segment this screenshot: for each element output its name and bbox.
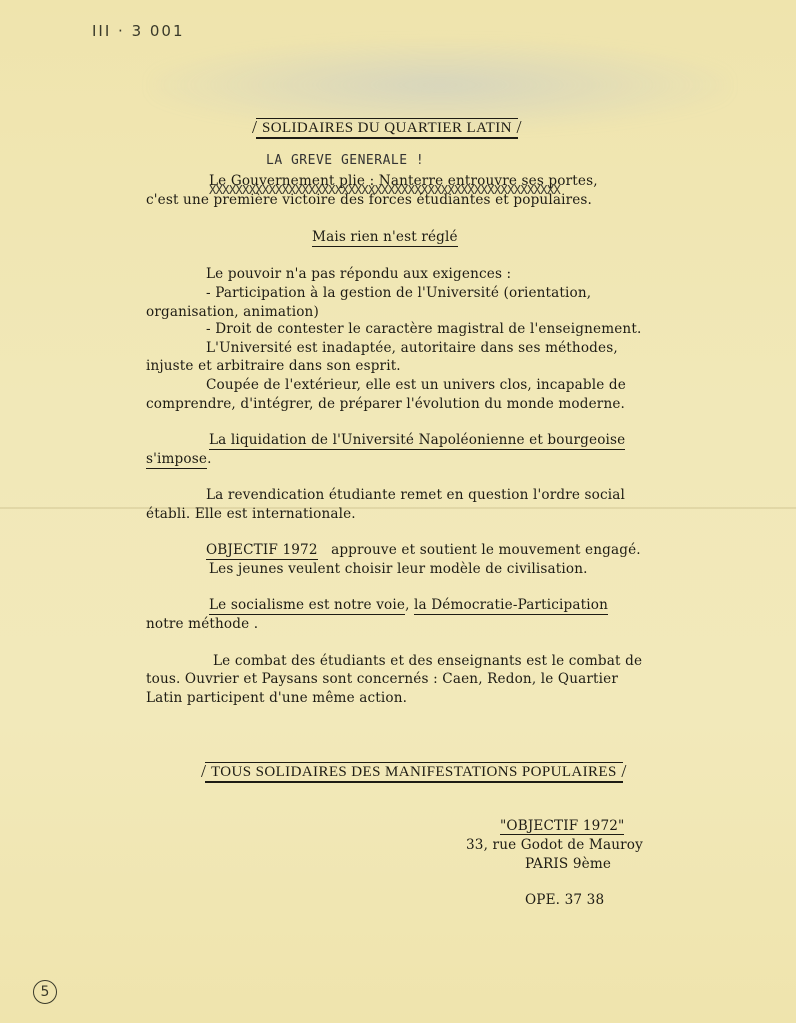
body-line: Le pouvoir n'a pas répondu aux exigences… [206, 266, 511, 282]
intro-line-2: c'est une première victoire des forces é… [146, 192, 592, 208]
section-heading-simpose: s'impose [146, 451, 207, 469]
paper-fold [0, 507, 796, 509]
signature-org: "OBJECTIF 1972" [500, 818, 624, 835]
signature-phone: OPE. 37 38 [525, 892, 604, 908]
body-line: Latin participent d'une même action. [146, 690, 407, 706]
page-number: 5 [33, 980, 57, 1004]
body-line: établi. Elle est internationale. [146, 506, 356, 522]
body-line: Les jeunes veulent choisir leur modèle d… [209, 561, 588, 577]
document-page: III · 3 001 SOLIDAIRES DU QUARTIER LATIN… [0, 0, 800, 1023]
body-line: Le combat des étudiants et des enseignan… [213, 653, 642, 669]
body-line: approuve et soutient le mouvement engagé… [331, 542, 641, 558]
body-line: La revendication étudiante remet en ques… [206, 487, 625, 503]
header-subtitle: LA GREVE GENERALE ! [266, 153, 424, 168]
body-line: Coupée de l'extérieur, elle est un unive… [206, 377, 626, 393]
header-title: SOLIDAIRES DU QUARTIER LATIN [256, 118, 518, 139]
body-line: - Droit de contester le caractère magist… [206, 321, 641, 337]
footer-slogan: TOUS SOLIDAIRES DES MANIFESTATIONS POPUL… [205, 762, 623, 783]
body-line: injuste et arbitraire dans son esprit. [146, 358, 401, 374]
slogan-democratie: la Démocratie-Participation [414, 597, 608, 615]
period: . [207, 451, 211, 467]
body-line: - Participation à la gestion de l'Univer… [206, 285, 591, 301]
slogan-socialisme: Le socialisme est notre voie [209, 597, 405, 615]
body-line: notre méthode . [146, 616, 258, 632]
ink-bleed-stain [150, 40, 730, 130]
body-line: tous. Ouvrier et Paysans sont concernés … [146, 671, 618, 687]
body-line: L'Université est inadaptée, autoritaire … [206, 340, 618, 356]
archive-reference: III · 3 001 [92, 22, 185, 40]
body-line: comprendre, d'intégrer, de préparer l'év… [146, 396, 625, 412]
body-line: organisation, animation) [146, 304, 319, 320]
org-name-objectif-1972: OBJECTIF 1972 [206, 542, 318, 560]
section-heading-liquidation: La liquidation de l'Université Napoléoni… [209, 432, 625, 450]
section-heading-mais-rien: Mais rien n'est réglé [312, 229, 458, 247]
signature-address: 33, rue Godot de Mauroy [466, 837, 643, 853]
separator: , [405, 597, 414, 613]
signature-city: PARIS 9ème [525, 856, 611, 872]
